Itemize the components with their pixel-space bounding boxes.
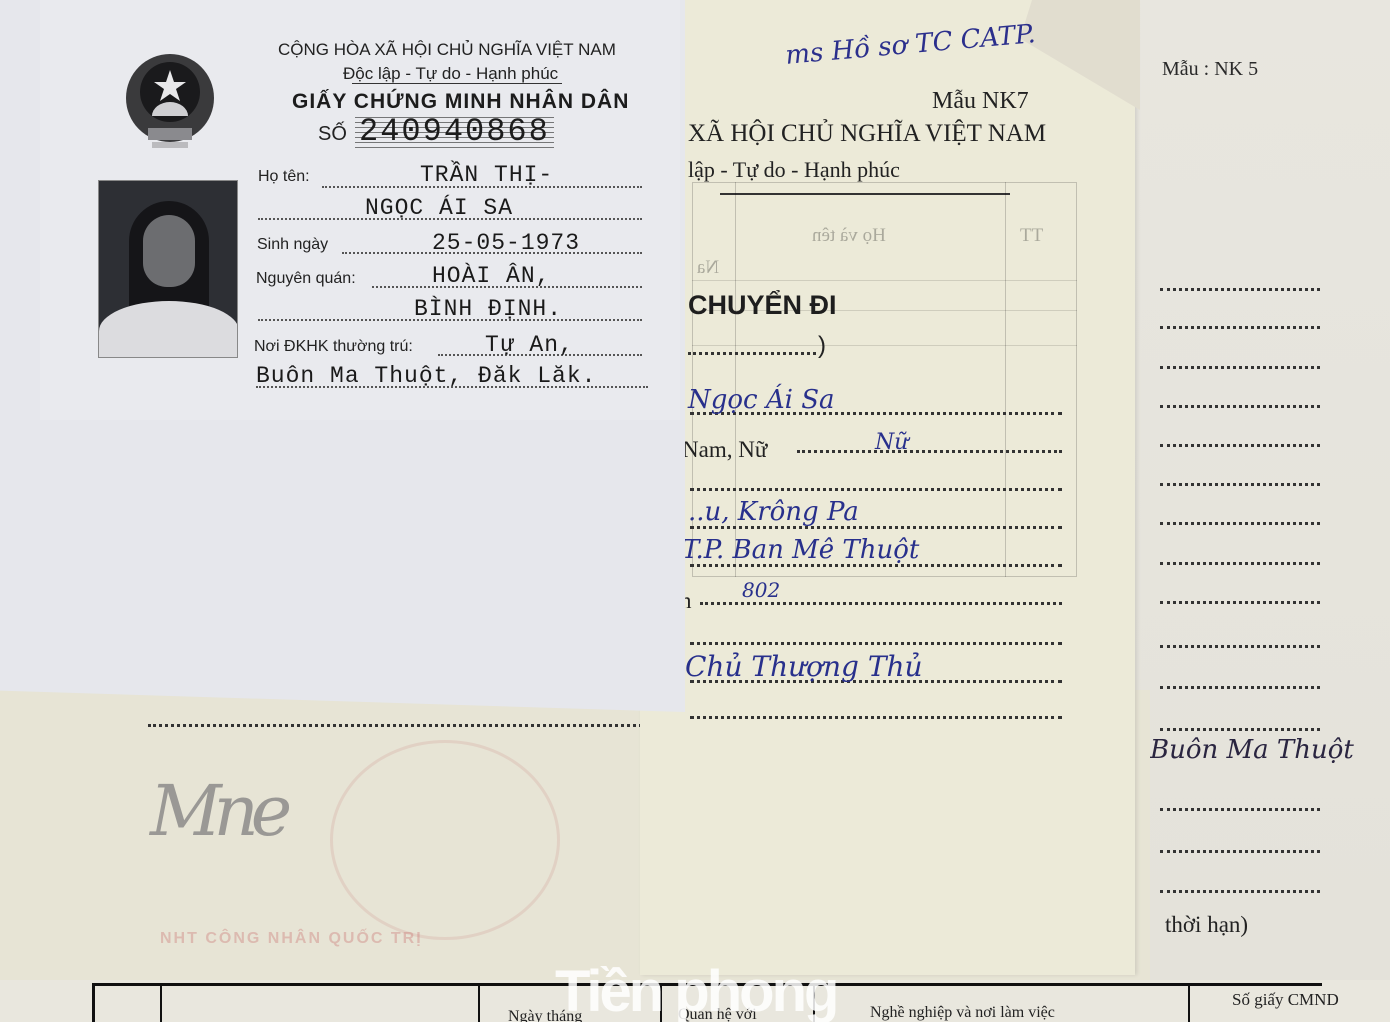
dotted-line <box>1160 522 1320 525</box>
name-line2: NGỌC ÁI SA <box>365 195 513 221</box>
handwriting-name: Ngọc Ái Sa <box>688 385 835 415</box>
stamp-text: NHT CÔNG NHÂN QUỐC TRỊ <box>160 930 423 948</box>
origin-line2: BÌNH ĐỊNH. <box>414 296 562 322</box>
ghost-header-name: Họ và tên <box>812 225 886 247</box>
gender-label: Nam, Nữ <box>682 437 767 463</box>
paren: ) <box>818 332 826 360</box>
footer-text: thời hạn) <box>1165 912 1248 938</box>
national-emblem-icon <box>122 52 218 152</box>
id-title: GIẤY CHỨNG MINH NHÂN DÂN <box>292 90 629 114</box>
dotted-line <box>690 716 1062 719</box>
id-motto: Độc lập - Tự do - Hạnh phúc <box>343 64 558 84</box>
dob-value: 25-05-1973 <box>432 230 580 256</box>
form-nk5-code: Mẫu : NK 5 <box>1162 58 1258 81</box>
form-nk7-motto: lập - Tự do - Hạnh phúc <box>688 157 900 183</box>
form-nk7-code: Mẫu NK7 <box>932 88 1029 115</box>
dotted-line <box>1160 483 1320 486</box>
handwriting-address1: ..u, Krông Pa <box>688 497 859 527</box>
dotted-line <box>1160 728 1320 731</box>
table-column-divider <box>478 985 480 1022</box>
origin-line1: HOÀI ÂN, <box>432 263 550 289</box>
dotted-line <box>1160 808 1320 811</box>
handwriting-address2: T.P. Ban Mê Thuột <box>682 535 919 565</box>
red-stamp <box>330 740 560 940</box>
table-column-divider <box>1188 985 1190 1022</box>
handwriting-gender: Nữ <box>875 430 908 455</box>
form-nk7-nation: XÃ HỘI CHỦ NGHĨA VIỆT NAM <box>688 120 1046 148</box>
residence-line2: Buôn Ma Thuột, Đăk Lăk. <box>256 363 596 389</box>
id-nation: CỘNG HÒA XÃ HỘI CHỦ NGHĨA VIỆT NAM <box>278 40 616 60</box>
table-header: Số giấy CMND <box>1232 990 1339 1010</box>
residence-line1: Tự An, <box>485 332 574 358</box>
id-number-label: SỐ <box>318 123 347 146</box>
dotted-line <box>797 450 1062 453</box>
table-column-divider <box>160 985 162 1022</box>
dotted-line <box>1160 326 1320 329</box>
ghost-header-tt: TT <box>1020 225 1043 247</box>
dotted-line <box>1160 444 1320 447</box>
handwriting-city: Buôn Ma Thuột <box>1150 735 1354 765</box>
section-heading: CHUYỂN ĐI <box>688 290 837 321</box>
dotted-line <box>1160 850 1320 853</box>
dotted-line <box>700 602 1062 605</box>
grid-line <box>1005 182 1006 577</box>
dotted-line <box>1160 405 1320 408</box>
dotted-line <box>690 488 1062 491</box>
signature: Mne <box>150 770 284 852</box>
portrait-photo <box>98 180 238 358</box>
dotted-line <box>1160 288 1320 291</box>
name-line1: TRẦN THỊ- <box>420 162 553 188</box>
dob-label: Sinh ngày <box>257 236 328 254</box>
dotted-line <box>1160 366 1320 369</box>
residence-label: Nơi ĐKHK thường trú: <box>254 338 413 356</box>
dotted-line <box>1160 890 1320 893</box>
dotted-line <box>688 352 816 355</box>
table-header: Nghề nghiệp và nơi làm việc <box>870 1004 1055 1022</box>
dotted-line <box>1160 601 1320 604</box>
id-number: 240940868 <box>355 113 554 150</box>
handwriting-number: 802 <box>742 578 780 602</box>
origin-label: Nguyên quán: <box>256 270 356 288</box>
watermark-logo: Tiền phong <box>555 958 836 1022</box>
grid-line <box>692 280 1077 281</box>
name-label: Họ tên: <box>258 168 310 186</box>
dotted-line <box>690 642 1062 645</box>
grid-line <box>692 345 1077 346</box>
dotted-line <box>1160 562 1320 565</box>
dotted-line <box>1160 686 1320 689</box>
divider <box>352 83 562 84</box>
dotted-line <box>1160 645 1320 648</box>
ghost-na: Na <box>697 257 719 279</box>
handwriting-relation: Chủ Thượng Thủ <box>685 650 923 683</box>
